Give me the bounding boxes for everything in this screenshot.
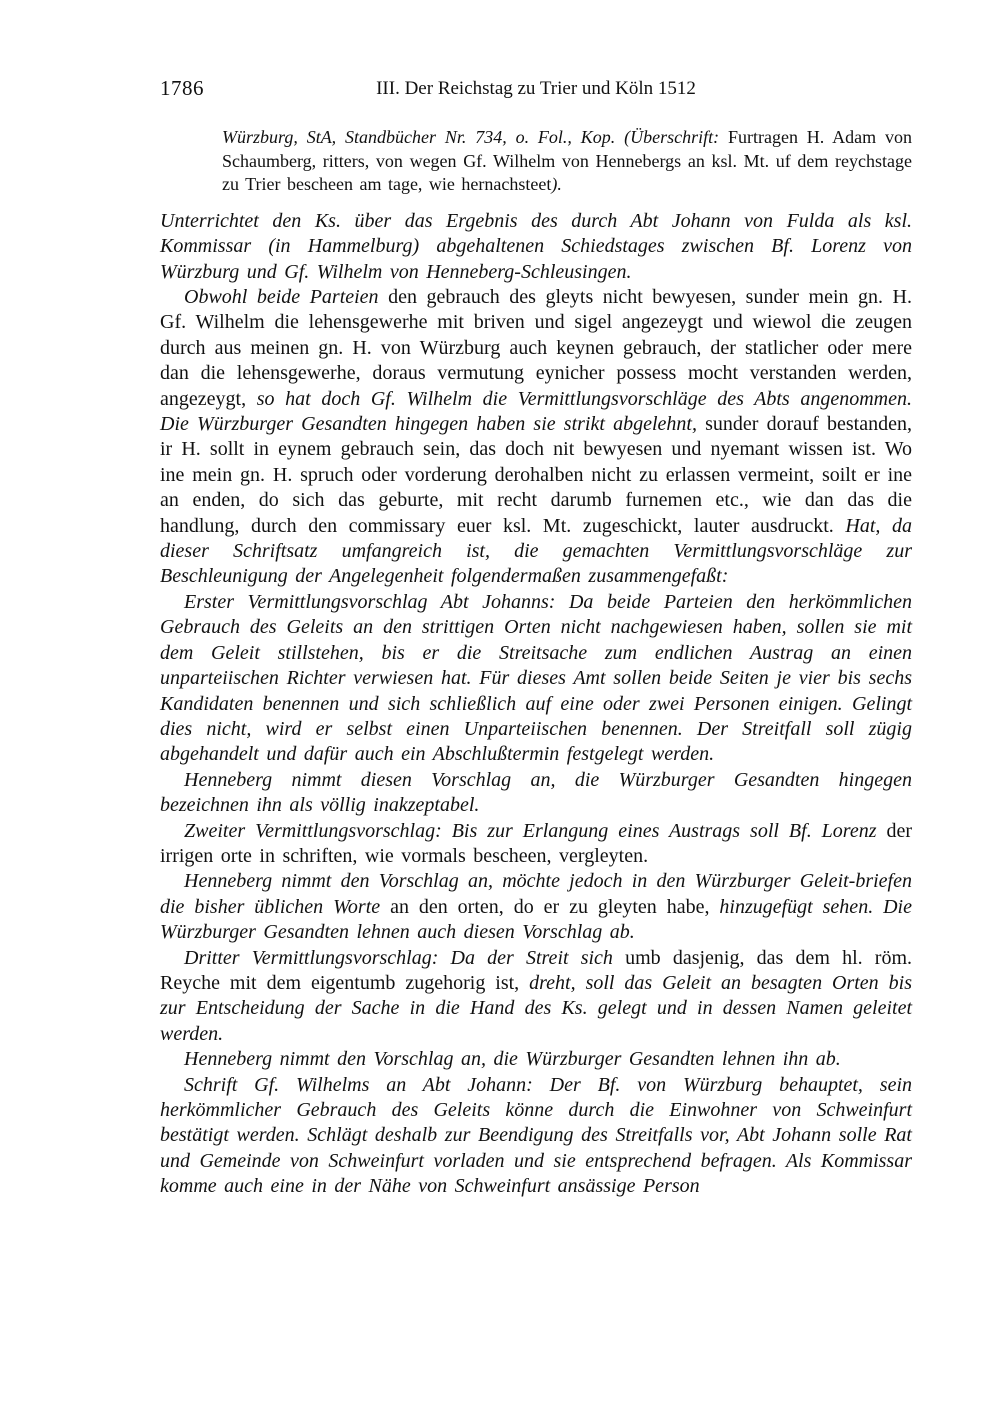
text-run-roman: an den orten, do er zu gleyten habe, [390, 896, 719, 918]
paragraph: Henneberg nimmt den Vorschlag an, möchte… [160, 869, 912, 945]
text-column: 1786 III. Der Reichstag zu Trier und Köl… [160, 76, 912, 1200]
text-run-italic: Dritter Vermittlungsvorschlag: Da der St… [184, 947, 625, 969]
paragraph-list: Unterrichtet den Ks. über das Ergebnis d… [160, 209, 912, 1200]
book-page: 1786 III. Der Reichstag zu Trier und Köl… [0, 0, 1004, 1418]
text-run-italic: Obwohl beide Parteien [184, 286, 388, 308]
page-header: 1786 III. Der Reichstag zu Trier und Köl… [160, 76, 912, 106]
paragraph: Unterrichtet den Ks. über das Ergebnis d… [160, 209, 912, 285]
text-run-italic: Würzburg, StA, Standbücher Nr. 734, o. F… [222, 127, 728, 147]
paragraph: Schrift Gf. Wilhelms an Abt Johann: Der … [160, 1073, 912, 1200]
paragraph: Obwohl beide Parteien den gebrauch des g… [160, 285, 912, 590]
paragraph: Dritter Vermittlungsvorschlag: Da der St… [160, 946, 912, 1048]
paragraph: Henneberg nimmt diesen Vorschlag an, die… [160, 768, 912, 819]
text-run-italic: Erster Vermittlungsvorschlag Abt Johanns… [160, 591, 912, 765]
text-run-italic: Unterrichtet den Ks. über das Ergebnis d… [160, 210, 912, 283]
paragraph: Zweiter Vermittlungsvorschlag: Bis zur E… [160, 819, 912, 870]
source-citation-block: Würzburg, StA, Standbücher Nr. 734, o. F… [222, 126, 912, 197]
text-run-italic: Zweiter Vermittlungsvorschlag: Bis zur E… [184, 820, 886, 842]
paragraph: Erster Vermittlungsvorschlag Abt Johanns… [160, 590, 912, 768]
paragraph: Henneberg nimmt den Vorschlag an, die Wü… [160, 1047, 912, 1072]
text-run-italic: ). [551, 174, 562, 194]
text-run-italic: Henneberg nimmt diesen Vorschlag an, die… [160, 769, 912, 816]
running-head: III. Der Reichstag zu Trier und Köln 151… [160, 78, 912, 100]
text-run-italic: Schrift Gf. Wilhelms an Abt Johann: Der … [160, 1074, 912, 1198]
text-run-italic: Henneberg nimmt den Vorschlag an, die Wü… [184, 1048, 841, 1070]
